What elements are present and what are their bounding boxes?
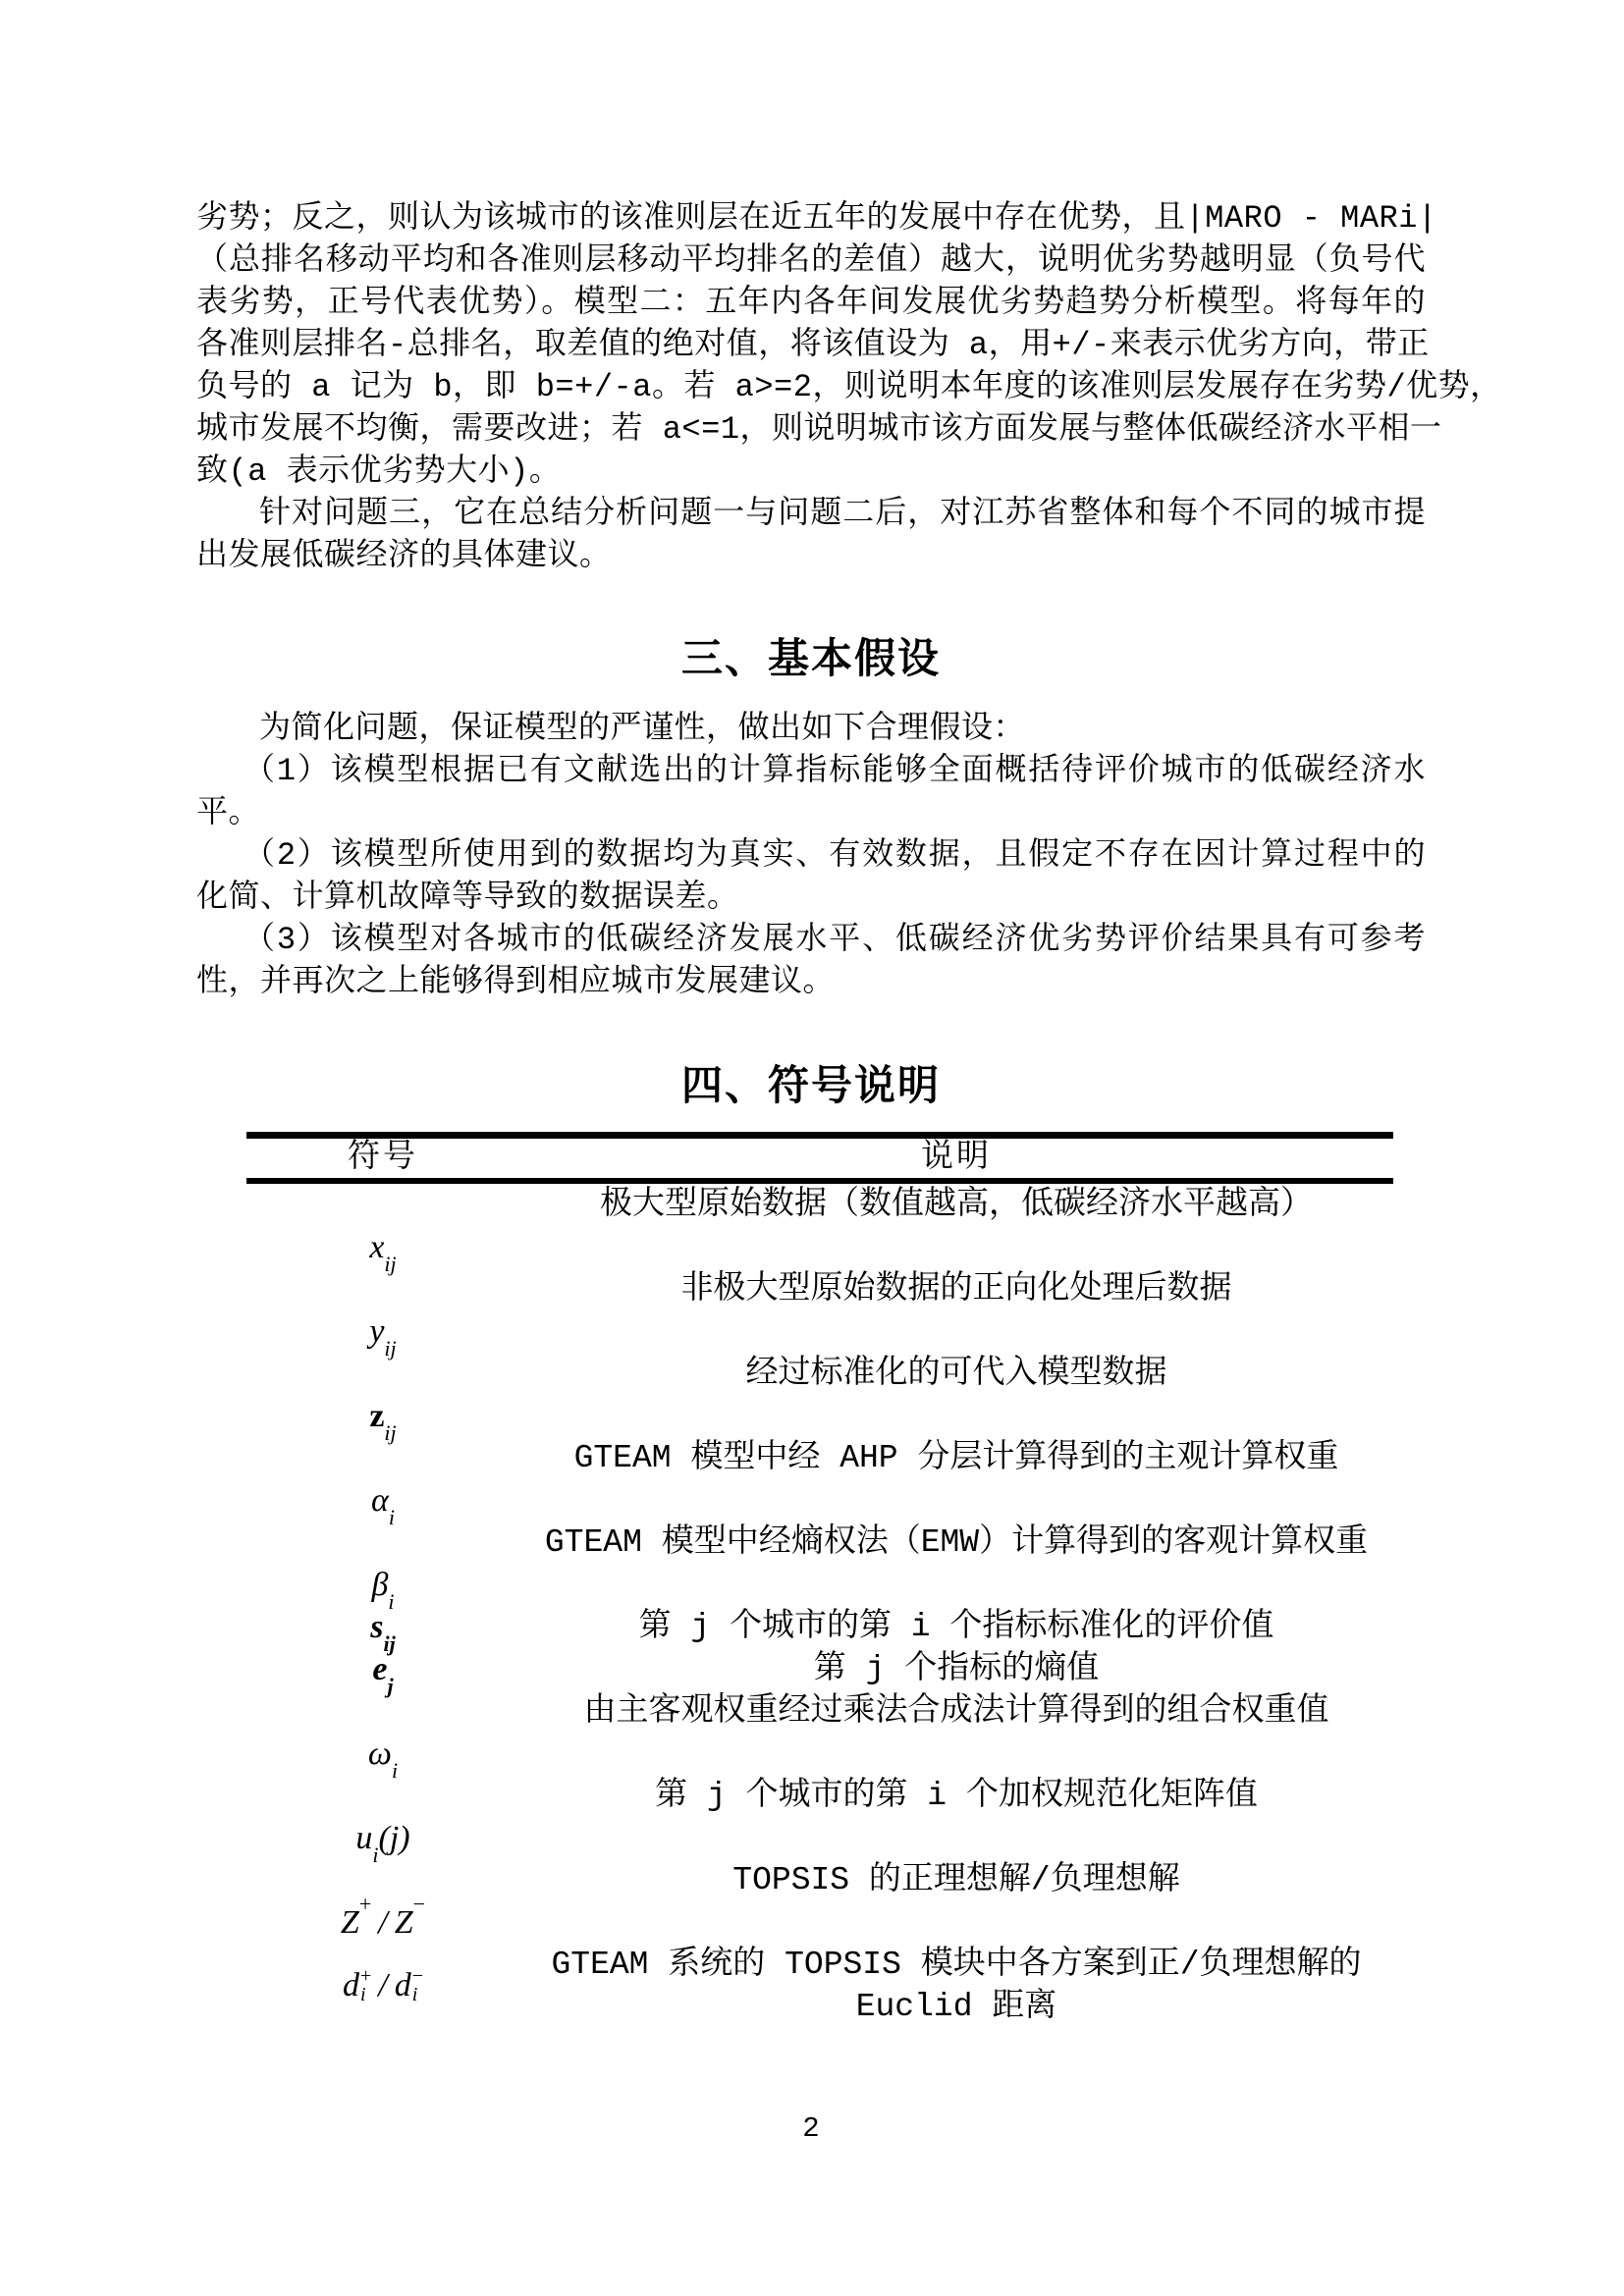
symbol-table: 符号 说明 极大型原始数据（数值越高，低碳经济水平越高） xij 非极大型原始数… [246, 1132, 1393, 2028]
description-cell: 极大型原始数据（数值越高，低碳经济水平越高） [519, 1184, 1393, 1226]
text-line: （总排名移动平均和各准则层移动平均排名的差值）越大，说明优劣势越明显（负号代 [196, 240, 1426, 282]
description-cell: 第 j 个城市的第 i 个加权规范化矩阵值 [519, 1775, 1393, 1817]
text-line: 性，并再次之上能够得到相应城市发展建议。 [196, 961, 1426, 1003]
text-line: 化简、计算机故障等导致的数据误差。 [196, 877, 1426, 919]
symbol-cell: ωi [246, 1733, 519, 1775]
text-line: 针对问题三，它在总结分析问题一与问题二后，对江苏省整体和每个不同的城市提 [196, 493, 1426, 535]
text-line: （3）该模型对各城市的低碳经济发展水平、低碳经济优劣势评价结果具有可参考 [196, 919, 1426, 961]
section-heading-assumptions: 三、基本假设 [196, 633, 1426, 684]
symbol-cell: αi [246, 1479, 519, 1522]
description-cell: 由主客观权重经过乘法合成法计算得到的组合权重值 [519, 1690, 1393, 1733]
description-cell: 第 j 个城市的第 i 个指标标准化的评价值 [519, 1606, 1393, 1648]
symbol-cell: Z+/Z− [246, 1901, 519, 1944]
description-cell: TOPSIS 的正理想解/负理想解 [519, 1859, 1393, 1901]
symbol-table-body: 极大型原始数据（数值越高，低碳经济水平越高） xij 非极大型原始数据的正向化处… [246, 1184, 1393, 2028]
table-header-symbol: 符号 [246, 1139, 519, 1178]
description-cell: GTEAM 模型中经熵权法（EMW）计算得到的客观计算权重 [519, 1522, 1393, 1564]
symbol-table-header: 符号 说明 [246, 1139, 1393, 1184]
text-line: 致(a 表示优劣势大小)。 [196, 451, 1426, 493]
text-line: 负号的 a 记为 b，即 b=+/-a。若 a>=2，则说明本年度的该准则层发展… [196, 366, 1426, 408]
symbol-cell: xij [246, 1226, 519, 1268]
text-line: 为简化问题，保证模型的严谨性，做出如下合理假设： [196, 708, 1426, 750]
description-cell: GTEAM 系统的 TOPSIS 模块中各方案到正/负理想解的 [519, 1944, 1393, 1986]
symbol-cell: d+i/d−i [246, 1944, 519, 2028]
text-line: 表劣势，正号代表优势）。模型二：五年内各年间发展优劣势趋势分析模型。将每年的 [196, 282, 1426, 324]
page-content: 劣势；反之，则认为该城市的该准则层在近五年的发展中存在优势，且|MARO - M… [196, 0, 1426, 2146]
text-line: 城市发展不均衡，需要改进；若 a<=1，则说明城市该方面发展与整体低碳经济水平相… [196, 408, 1426, 451]
text-line: 平。 [196, 792, 1426, 834]
document-page: 劣势；反之，则认为该城市的该准则层在近五年的发展中存在优势，且|MARO - M… [0, 0, 1624, 2296]
description-cell: Euclid 距离 [519, 1986, 1393, 2028]
text-line: （1）该模型根据已有文献选出的计算指标能够全面概括待评价城市的低碳经济水 [196, 750, 1426, 792]
text-line: （2）该模型所使用到的数据均为真实、有效数据，且假定不存在因计算过程中的 [196, 834, 1426, 877]
section-assumptions-body: 为简化问题，保证模型的严谨性，做出如下合理假设： （1）该模型根据已有文献选出的… [196, 708, 1426, 1003]
text-line: 出发展低碳经济的具体建议。 [196, 535, 1426, 577]
symbol-cell: yij [246, 1310, 519, 1353]
description-cell: 非极大型原始数据的正向化处理后数据 [519, 1268, 1393, 1310]
description-cell: 经过标准化的可代入模型数据 [519, 1353, 1393, 1395]
paragraph-problem3: 针对问题三，它在总结分析问题一与问题二后，对江苏省整体和每个不同的城市提 出发展… [196, 493, 1426, 577]
page-number: 2 [196, 2112, 1426, 2146]
symbol-cell: ej [246, 1648, 519, 1690]
text-line: 各准则层排名-总排名，取差值的绝对值，将该值设为 a，用+/-来表示优劣方向，带… [196, 324, 1426, 366]
text-line: 劣势；反之，则认为该城市的该准则层在近五年的发展中存在优势，且|MARO - M… [196, 197, 1426, 240]
symbol-cell: zij [246, 1395, 519, 1437]
description-cell: GTEAM 模型中经 AHP 分层计算得到的主观计算权重 [519, 1437, 1393, 1479]
symbol-cell: ui(j) [246, 1817, 519, 1859]
table-header-description: 说明 [519, 1139, 1393, 1178]
symbol-cell: βi [246, 1564, 519, 1606]
symbol-cell: sij [246, 1606, 519, 1648]
description-cell: 第 j 个指标的熵值 [519, 1648, 1393, 1690]
section-heading-symbols: 四、符号说明 [196, 1060, 1426, 1111]
paragraph-overflow: 劣势；反之，则认为该城市的该准则层在近五年的发展中存在优势，且|MARO - M… [196, 197, 1426, 493]
